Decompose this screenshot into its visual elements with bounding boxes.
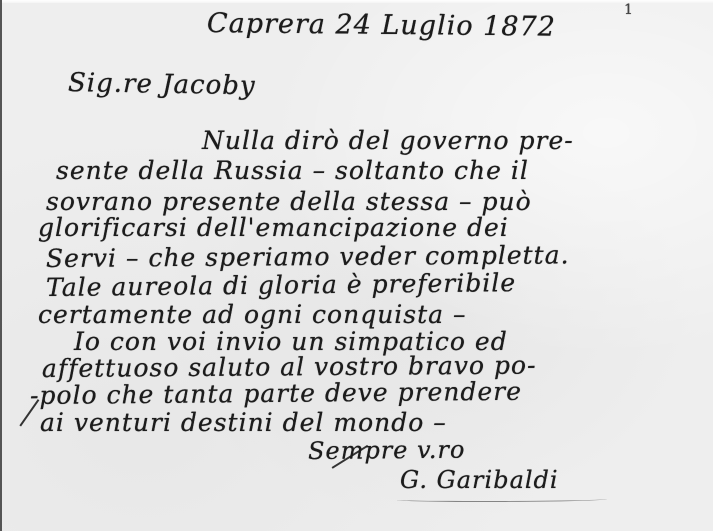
- body-line-10: -polo che tanta parte deve prendere: [30, 377, 522, 410]
- letter-page: Caprera 24 Luglio 1872 1 Sig.re Jacoby N…: [0, 0, 713, 531]
- signature: G. Garibaldi: [400, 466, 559, 494]
- dateline: Caprera 24 Luglio 1872: [207, 8, 556, 43]
- page-number: 1: [624, 2, 633, 18]
- body-line-6: Tale aureola di gloria è preferibile: [46, 268, 516, 302]
- body-line-7: certamente ad ogni conquista –: [38, 300, 467, 329]
- body-line-1: Nulla dirò del governo pre-: [202, 126, 574, 155]
- closing: Sempre v.ro: [308, 436, 466, 465]
- body-line-4: glorificarsi dell'emancipazione dei: [38, 213, 509, 242]
- signature-underline: [397, 497, 607, 502]
- body-line-11: ai venturi destini del mondo –: [40, 408, 447, 437]
- salutation: Sig.re Jacoby: [68, 68, 256, 101]
- body-line-3: sovrano presente della stessa – può: [46, 187, 532, 216]
- page-top-edge: [2, 0, 713, 3]
- body-line-2: sente della Russia – soltanto che il: [56, 156, 529, 185]
